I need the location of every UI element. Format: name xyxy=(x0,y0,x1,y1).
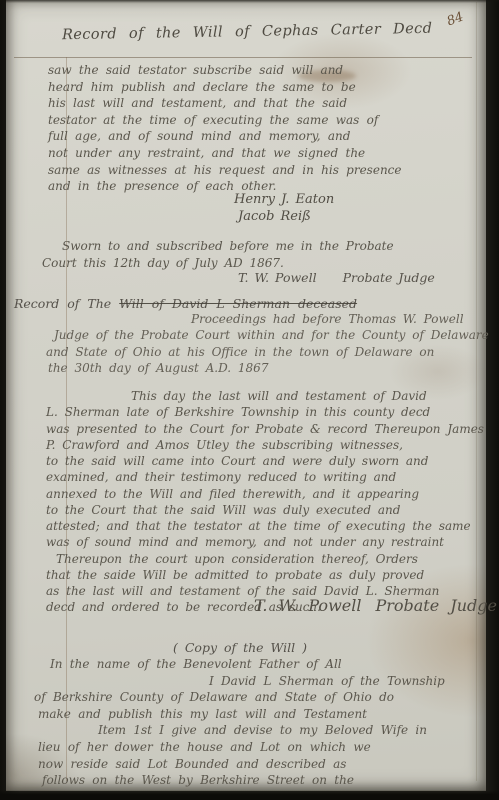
text-line: P. Crawford and Amos Utley the subscribi… xyxy=(46,437,484,453)
text-line: heard him publish and declare the same t… xyxy=(48,79,402,96)
struck-text: Will of David L Sherman deceased xyxy=(119,296,357,311)
copy-of-will-heading: ( Copy of the Will ) xyxy=(173,640,307,655)
witness-signatures: Henry J. EatonJacob Reiß xyxy=(234,191,334,225)
text-line: In the name of the Benevolent Father of … xyxy=(34,656,445,673)
text-line: lieu of her dower the house and Lot on w… xyxy=(34,739,445,756)
judge-title: Probate Judge xyxy=(375,596,496,615)
page-number: 84 xyxy=(445,10,466,30)
judge-signature: T. W. Powell xyxy=(238,270,317,285)
text-line: full age, and of sound mind and memory, … xyxy=(48,128,402,145)
text-line: the 30th day of August A.D. 1867 xyxy=(46,360,489,376)
text-line: make and publish this my last will and T… xyxy=(34,706,445,723)
text-line: Proceedings had before Thomas W. Powell xyxy=(46,311,489,327)
text-line: not under any restraint, and that we sig… xyxy=(48,145,402,162)
text-line: Thereupon the court upon consideration t… xyxy=(46,551,484,567)
judge-signature-line: T. W. PowellProbate Judge xyxy=(238,270,435,285)
photo-edge-bottom xyxy=(0,790,499,800)
judge-signature: T. W. Powell xyxy=(254,596,361,615)
record-title-cephas-carter: Record of the Will of Cephas Carter Decd xyxy=(62,21,433,43)
text-line: to the said will came into Court and wer… xyxy=(46,453,484,469)
text-line: testator at the time of executing the sa… xyxy=(48,112,402,129)
text-line: annexed to the Will and filed therewith,… xyxy=(46,486,484,502)
probate-order-paragraph: This day the last will and testament of … xyxy=(46,388,484,616)
record-title-prefix: Record of The xyxy=(14,296,119,311)
text-line: Item 1st I give and devise to my Beloved… xyxy=(34,722,445,739)
text-line: to the Court that the said Will was duly… xyxy=(46,502,484,518)
text-line: same as witnesses at his request and in … xyxy=(48,162,402,179)
text-line: I David L Sherman of the Township xyxy=(34,673,445,690)
text-line: Judge of the Probate Court within and fo… xyxy=(46,327,489,343)
text-line: follows on the West by Berkshire Street … xyxy=(34,772,445,789)
sworn-clause: Sworn to and subscribed before me in the… xyxy=(42,238,394,271)
text-line: and State of Ohio at his Office in the t… xyxy=(46,344,489,360)
testimony-paragraph: saw the said testator subscribe said wil… xyxy=(48,62,402,195)
photo-edge-top xyxy=(0,0,499,3)
text-line: of Berkshire County of Delaware and Stat… xyxy=(34,689,445,706)
proceedings-paragraph: Proceedings had before Thomas W. PowellJ… xyxy=(46,311,489,377)
witness-signature: Jacob Reiß xyxy=(234,208,334,225)
text-line: and in the presence of each other. xyxy=(48,178,402,195)
text-line: was of sound mind and memory, and not un… xyxy=(46,534,484,550)
ledger-page: 84 Record of the Will of Cephas Carter D… xyxy=(6,0,486,791)
judge-signature-line-large: T. W. PowellProbate Judge xyxy=(254,596,497,615)
text-line: now reside said Lot Bounded and describe… xyxy=(34,756,445,773)
text-line: saw the said testator subscribe said wil… xyxy=(48,62,402,79)
ledger-photo: 84 Record of the Will of Cephas Carter D… xyxy=(0,0,499,800)
header-rule-line xyxy=(14,57,472,58)
judge-title: Probate Judge xyxy=(343,270,435,285)
text-line: that the saide Will be admitted to proba… xyxy=(46,567,484,583)
text-line: This day the last will and testament of … xyxy=(46,388,484,404)
will-copy-paragraph: In the name of the Benevolent Father of … xyxy=(34,656,445,789)
text-line: Sworn to and subscribed before me in the… xyxy=(42,238,394,255)
text-line: his last will and testament, and that th… xyxy=(48,95,402,112)
text-line: examined, and their testimony reduced to… xyxy=(46,469,484,485)
record-title-david-sherman: Record of The Will of David L Sherman de… xyxy=(14,296,357,311)
text-line: was presented to the Court for Probate &… xyxy=(46,421,484,437)
text-line: Court this 12th day of July AD 1867. xyxy=(42,255,394,272)
text-line: attested; and that the testator at the t… xyxy=(46,518,484,534)
witness-signature: Henry J. Eaton xyxy=(234,191,334,208)
text-line: L. Sherman late of Berkshire Township in… xyxy=(46,404,484,420)
